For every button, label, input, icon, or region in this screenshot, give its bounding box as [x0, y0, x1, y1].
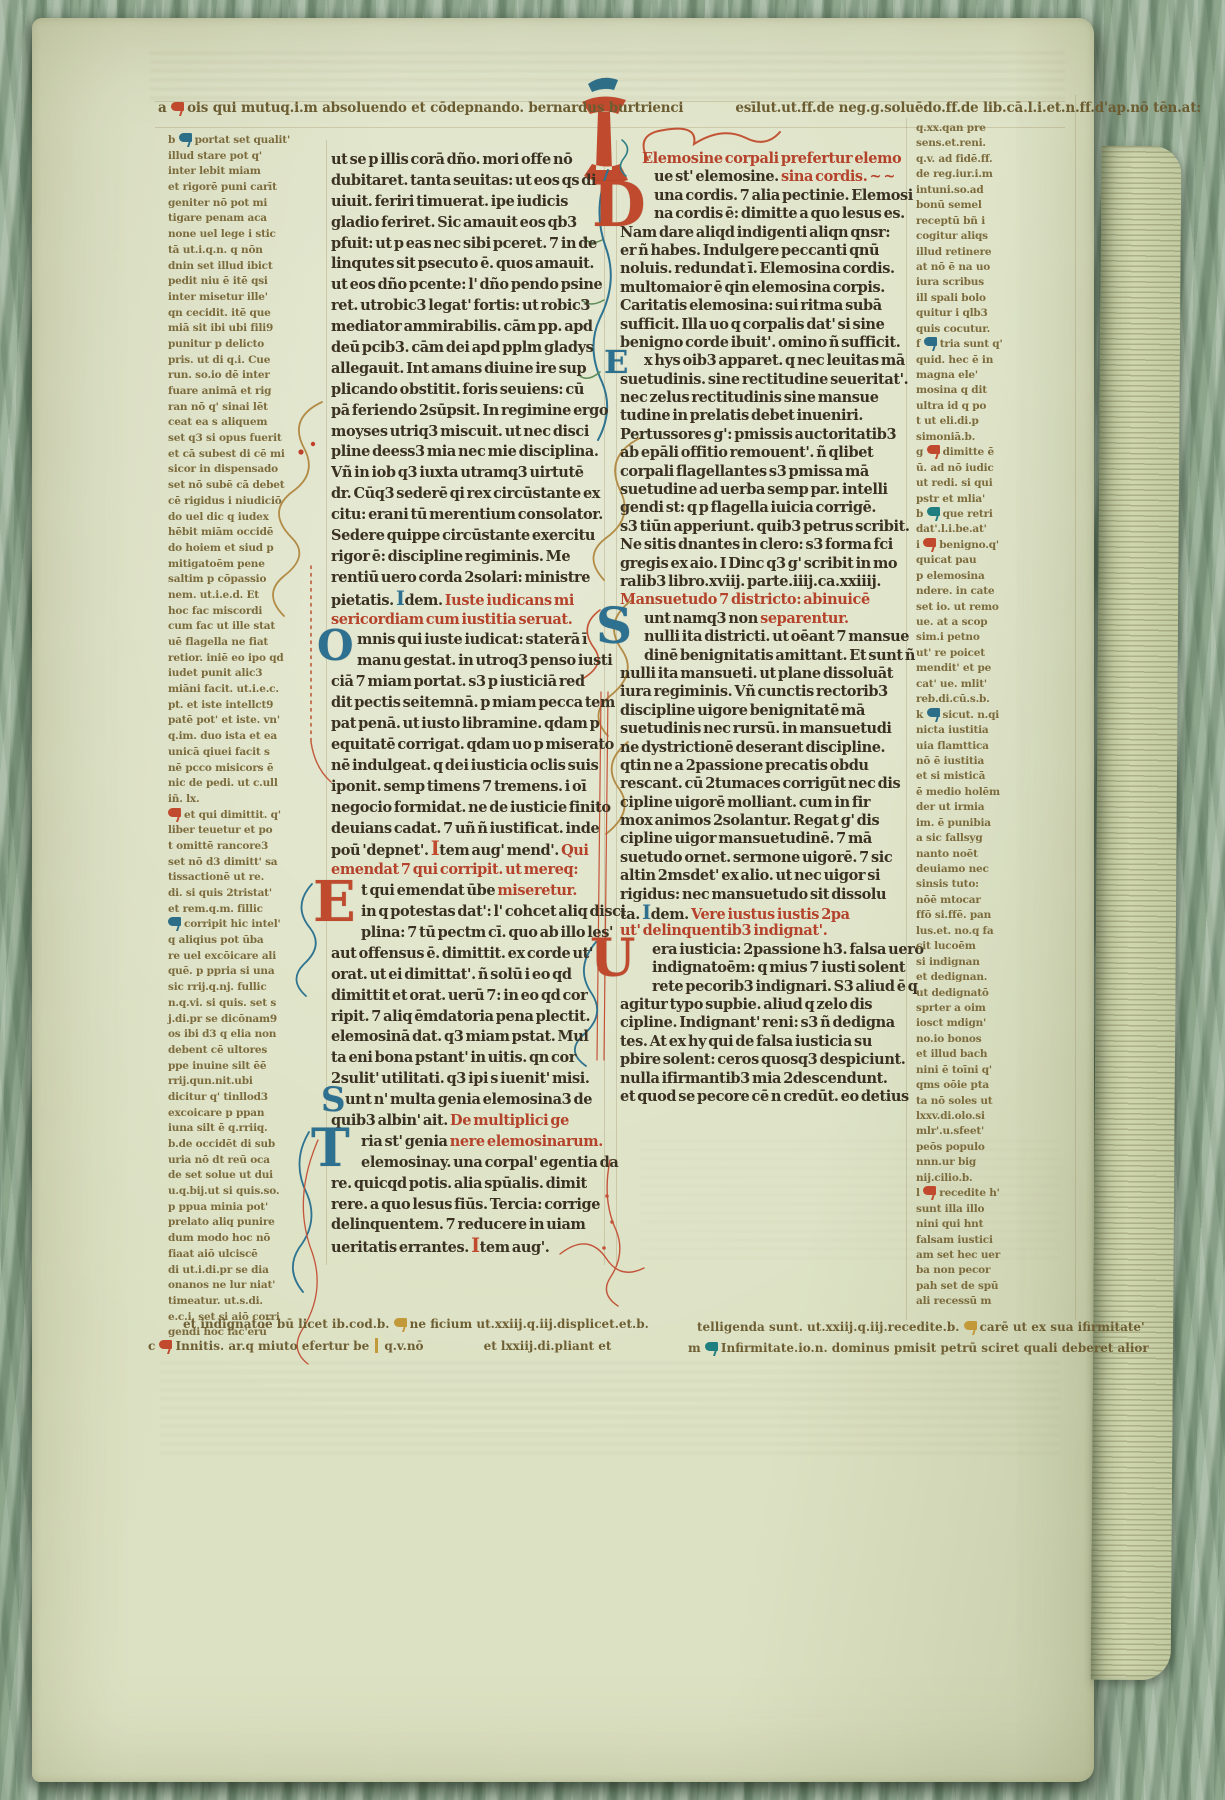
text-run: pah set de spū: [916, 1280, 998, 1292]
text-run: iuna silt ē q.rriiq.: [168, 1122, 267, 1134]
text-run: tes. At ex hy qui de falsa iusticia su: [620, 1033, 872, 1050]
text-line: cum fac ut ille stat: [168, 619, 322, 635]
text-line: dicitur q' tinllod3: [168, 1090, 322, 1106]
text-line: noluis. redundat ī. Elemosina cordis.: [620, 260, 904, 278]
text-line: mitigatoēm pene: [168, 557, 322, 573]
text-line: pbire solent: ceros quosq3 despiciunt.: [620, 1051, 904, 1069]
text-run: set nō d3 dimitt' sa: [168, 856, 277, 868]
text-run: mediator ammirabilis. cām pp. apd: [331, 318, 593, 335]
text-run: et quod se pecore cē n credūt. eo detius: [620, 1088, 909, 1105]
text-line: fiaat aiō ulciscē: [168, 1247, 322, 1263]
text-run: dum modo hoc nō: [168, 1232, 270, 1244]
text-run: ralib3 libro.xviij. parte.iiij.ca.xxiiij…: [620, 573, 881, 590]
text-line: pfuit: ut p eas nec sibi pceret. 7 in de: [331, 234, 609, 255]
text-line: s3 tiūn apperiunt. quib3 petrus scribit.: [620, 518, 904, 536]
text-line: sinsis tuto:: [916, 877, 1076, 892]
text-run: uē flagella ne fiat: [168, 636, 268, 648]
text-run: m: [688, 1341, 705, 1355]
text-line: mox animos 2solantur. Regat g' dis: [620, 812, 904, 830]
text-run: nē indulgeat. q dei iusticia oclis suis: [331, 757, 598, 774]
text-run: punitur p delicto: [168, 338, 264, 350]
text-run: saltim p cōpassio: [168, 573, 266, 585]
text-run: dit pectis seitemnā. p miam pecca tem: [331, 694, 615, 711]
text-line: iura scribus: [916, 275, 1076, 290]
text-run: nulli ita districti. ut oēant 7 mansue: [644, 628, 909, 645]
text-run: tigare penam aca: [168, 212, 267, 224]
text-run: Caritatis elemosina: sui ritma subā: [620, 297, 882, 314]
bottom-note-row1-right: telligenda sunt. ut.xxiij.q.iij.recedite…: [697, 1320, 1145, 1334]
text-line: pā feriendo 2sūpsit. In regimine ergo: [331, 401, 609, 422]
text-run: Infirmitate.io.n. dominus pmisit petrū s…: [721, 1341, 1149, 1355]
text-line: sic rrij.q.nj. fullic: [168, 980, 322, 996]
text-run: pline deess3 mia nec mie disciplina.: [331, 443, 598, 460]
text-run: telligenda sunt. ut.xxiij.q.iij.recedite…: [697, 1320, 964, 1334]
text-line: ut' delinquentib3 indignat'.: [620, 922, 904, 940]
text-run: nōē mtocar: [916, 894, 981, 906]
text-line: elemosinay. una corpal' egentia da: [331, 1153, 609, 1174]
text-run: et indignatoē bū licet ib.cod.b.: [183, 1317, 394, 1331]
text-run: q aliqius pot ūba: [168, 934, 264, 946]
bottom-note-row1-left: et indignatoē bū licet ib.cod.b. ne fici…: [183, 1317, 649, 1331]
text-line: ut eos dño pcente: l' dño pendo psine: [331, 275, 609, 296]
text-line: tigare penam aca: [168, 211, 322, 227]
text-line: pedit niu ē itē qsi: [168, 274, 322, 290]
text-line: altin 2msdet' ex alio. ut nec uigor si: [620, 867, 904, 885]
text-run: t qui emendat ūbe: [361, 882, 497, 899]
text-run: inter lebit miam: [168, 165, 261, 177]
left-gloss-column: b portat set qualit'illud stare pot q'in…: [168, 133, 322, 1341]
text-line: set nō d3 dimitt' sa: [168, 855, 322, 871]
text-run: dubitaret. tanta seuitas: ut eos qs di: [331, 172, 596, 189]
text-run: do hoiem et siud p: [168, 542, 274, 554]
paraph-mark: [964, 1321, 977, 1330]
text-run: rescant. cū 2tumaces corrigūt nec dis: [620, 775, 900, 792]
text-line: benigno corde ibuit'. omino ñ sufficit.: [620, 334, 904, 352]
text-run: onanos ne lur niat': [168, 1279, 275, 1291]
text-run: altin 2msdet' ex alio. ut nec uigor si: [620, 867, 880, 884]
text-run: et rigorē puni carīt: [168, 181, 277, 193]
text-line: rescant. cū 2tumaces corrigūt nec dis: [620, 775, 904, 793]
text-run: er ñ habes. Indulgere peccanti qnū: [620, 242, 879, 259]
text-run: ab epāli offitio remouent'. ñ qlibet: [620, 444, 873, 461]
paraph-mark: [923, 538, 936, 547]
text-run: Iuste iudicans mi: [445, 592, 574, 609]
text-run: a: [158, 100, 171, 116]
text-run: illud stare pot q': [168, 150, 262, 162]
text-run: uiuit. feriri timuerat. ipe iudicis: [331, 193, 568, 210]
text-line: rete pecorib3 indignari. S3 aliud ē q: [620, 978, 904, 996]
text-line: prelato aliq punire: [168, 1215, 322, 1231]
text-line: geniter nō pot mi: [168, 196, 322, 212]
text-run: ffō si.ffē. pan: [916, 909, 991, 921]
text-run: ba non pecor: [916, 1264, 990, 1276]
text-line: gladio feriret. Sic amauit eos qb3: [331, 213, 609, 234]
paraph-mark: [179, 133, 192, 142]
text-line: intuni.so.ad: [916, 183, 1076, 198]
text-run: allegauit. Int amans diuine ire sup: [331, 360, 586, 377]
text-line: x hys oib3 apparet. q nec leuitas mā: [620, 352, 904, 370]
text-line: cipline uigorē molliant. cum in fir: [620, 794, 904, 812]
text-line: nij.cilio.b.: [916, 1171, 1076, 1186]
text-line: nnn.ur big: [916, 1155, 1076, 1170]
text-line: ut dedignatō: [916, 986, 1076, 1001]
text-run: cipline uigorē molliant. cum in fir: [620, 794, 870, 811]
text-line: receptū bñ i: [916, 214, 1076, 229]
text-run: excoicare p ppan: [168, 1107, 264, 1119]
text-line: ue. at a scop: [916, 615, 1076, 630]
text-line: corpali flagellantes s3 pmissa mā: [620, 463, 904, 481]
text-run: b: [168, 134, 179, 146]
text-run: suetudinis nec rursū. in mansuetudi: [620, 720, 892, 737]
text-run: suetudo ornet. sermone uigorē. 7 sic: [620, 849, 892, 866]
text-line: b que retri: [916, 507, 1076, 522]
text-run: si indignan: [916, 956, 980, 968]
text-line: inter misetur ille': [168, 290, 322, 306]
text-line: ria st' genia nere elemosinarum.: [331, 1132, 609, 1153]
text-run: receptū bñ i: [916, 215, 985, 227]
text-line: et cā subest di cē mi: [168, 447, 322, 463]
text-run: dicitur q' tinllod3: [168, 1091, 268, 1103]
text-line: at nō ē na uo: [916, 260, 1076, 275]
text-run: emendat 7 qui corripit. ut mereq:: [331, 861, 578, 878]
text-run: una cordis. 7 alia pectinie. Elemosi: [654, 187, 913, 204]
text-run: run. so.io dē inter: [168, 369, 270, 381]
text-run: pat penā. ut iusto libramine. qdam p: [331, 715, 599, 732]
text-line: Sedere quippe circūstante exercitu: [331, 526, 609, 547]
text-run: corpali flagellantes s3 pmissa mā: [620, 463, 869, 480]
text-line: moyses utriq3 miscuit. ut nec disci: [331, 422, 609, 443]
text-run: ceat ea s aliquem: [168, 416, 267, 428]
text-run: ta eni bona pstant' in uitis. qn cor: [331, 1049, 576, 1066]
text-line: deuiamo nec: [916, 862, 1076, 877]
text-run: moyses utriq3 miscuit. ut nec disci: [331, 423, 589, 440]
text-line: peōs populo: [916, 1140, 1076, 1155]
text-run: cum fac ut ille stat: [168, 620, 275, 632]
text-line: si indignan: [916, 955, 1076, 970]
text-line: mosina q dit: [916, 383, 1076, 398]
text-run: poū 'depnet'.: [331, 842, 431, 859]
text-line: dr. Cūq3 sederē qi rex circūstante ex: [331, 484, 609, 505]
text-run: cit lucoēm: [916, 940, 976, 952]
text-run: tā ut.i.q.n. q nōn: [168, 244, 263, 256]
text-run: bonū semel: [916, 199, 982, 211]
text-run: Vere iustus iustis 2pa: [691, 906, 850, 923]
text-run: nnn.ur big: [916, 1156, 976, 1168]
text-run: sicut. n.qi: [943, 709, 1000, 721]
text-line: nē pcco misicors ē: [168, 761, 322, 777]
ruling-line: [616, 140, 617, 1265]
text-line: ta eni bona pstant' in uitis. qn cor: [331, 1048, 609, 1069]
text-line: q.im. duo ista et ea: [168, 729, 322, 745]
text-run: t ut eli.di.p: [916, 415, 979, 427]
text-run: na cordis ē: dimitte a quo lesus es.: [654, 205, 905, 222]
text-run: re uel excōicare ali: [168, 950, 276, 962]
text-run: Ne sitis dnantes in clero: s3 forma fci: [620, 536, 893, 553]
text-run: recedite h': [939, 1187, 999, 1199]
text-run: ndere. in cate: [916, 585, 994, 597]
text-run: liber teuetur et po: [168, 824, 272, 836]
text-line: tissactionē ut re.: [168, 870, 322, 886]
text-line: no.io bonos: [916, 1032, 1076, 1047]
text-run: qtin ne a 2passione precatis obdu: [620, 757, 869, 774]
text-run: rete pecorib3 indignari. S3 aliud ē q: [652, 978, 918, 995]
text-line: t omittē rancore3: [168, 839, 322, 855]
text-line: emendat 7 qui corripit. ut mereq:: [331, 860, 609, 881]
text-run: ria st' genia: [361, 1133, 450, 1150]
text-line: pline deess3 mia nec mie disciplina.: [331, 442, 609, 463]
text-run: benigno.q': [939, 539, 999, 551]
text-run: miā sit ibi ubi fili9: [168, 322, 273, 334]
text-line: et quod se pecore cē n credūt. eo detius: [620, 1088, 904, 1106]
text-line: nem. ut.i.e.d. Et: [168, 588, 322, 604]
text-line: nulli ita districti. ut oēant 7 mansue: [620, 628, 904, 646]
text-run: indignatoēm: q mius 7 iusti solent: [652, 959, 905, 976]
text-run: t omittē rancore3: [168, 840, 268, 852]
text-line: uē flagella ne fiat: [168, 635, 322, 651]
main-text-column-right: Elemosine corpali prefertur elemoue st' …: [620, 150, 904, 1106]
text-line: dat'.l.i.be.at': [916, 522, 1076, 537]
text-line: pietatis. Idem. Iuste iudicans mi: [331, 589, 609, 610]
text-line: a sic fallsyg: [916, 831, 1076, 846]
text-run: cat' ue. mlit': [916, 678, 987, 690]
text-line: suetudine ad uerba semp par. intelli: [620, 481, 904, 499]
text-run: mnis qui iuste iudicat: staterā ī: [357, 631, 587, 648]
text-line: ret. utrobic3 legat' fortis: ut robic3: [331, 296, 609, 317]
text-line: dnin set illud ibict: [168, 259, 322, 275]
text-run: reb.di.cū.s.b.: [916, 693, 990, 705]
text-line: sericordiam cum iustitia seruat.: [331, 610, 609, 631]
text-line: rigor ē: discipline regiminis. Me: [331, 547, 609, 568]
text-run: n.q.vi. si quis. set s: [168, 997, 276, 1009]
text-line: nō ē iustitia: [916, 754, 1076, 769]
illuminated-initial-e: E: [313, 878, 356, 927]
text-run: noluis. redundat ī. Elemosina cordis.: [620, 260, 895, 277]
text-line: qtin ne a 2passione precatis obdu: [620, 757, 904, 775]
gold-bar-mark: [375, 1338, 378, 1353]
right-gloss-column: q.xx.qan presens.et.reni.q.v. ad fidē.ff…: [916, 121, 1076, 1310]
text-line: gendi st: q p flagella iuicia corrigē.: [620, 499, 904, 517]
text-run: rrij.qun.nit.ubi: [168, 1075, 253, 1087]
text-line: timeatur. ut.s.di.: [168, 1294, 322, 1310]
text-run: retior. iniē eo ipo qd: [168, 652, 284, 664]
text-run: unicā qiuei facit s: [168, 746, 270, 758]
text-line: nulla ifirmantib3 mia 2descendunt.: [620, 1070, 904, 1088]
text-run: mitigatoēm pene: [168, 558, 265, 570]
text-run: et rem.q.m. fillic: [168, 903, 263, 915]
text-run: mendit' et pe: [916, 662, 991, 674]
text-run: do uel dic q iudex: [168, 511, 269, 523]
text-run: g: [916, 446, 927, 458]
text-run: simoniā.b.: [916, 431, 975, 443]
text-run: pbire solent: ceros quosq3 despiciunt.: [620, 1051, 905, 1068]
text-line: suetudinis nec rursū. in mansuetudi: [620, 720, 904, 738]
text-run: inter misetur ille': [168, 291, 268, 303]
book-fore-edge-pages: [1091, 146, 1182, 1681]
text-run: iudet punit alic3: [168, 667, 262, 679]
text-run: nini qui hnt: [916, 1218, 983, 1230]
text-line: nicta iustitia: [916, 723, 1076, 738]
text-line: qn cecidit. itē que: [168, 306, 322, 322]
text-run: pā feriendo 2sūpsit. In regimine ergo: [331, 402, 608, 419]
illuminated-initial-s: S: [321, 1086, 346, 1116]
text-line: gregis ex aio. I Dinc q3 g' scribit in m…: [620, 555, 904, 573]
illuminated-initial-o: O: [317, 628, 354, 665]
text-line: rrij.qun.nit.ubi: [168, 1074, 322, 1090]
text-run: ciā 7 miam portat. s3 p iusticiā red: [331, 673, 585, 690]
text-line: patē pot' et iste. vn': [168, 713, 322, 729]
text-run: a sic fallsyg: [916, 832, 982, 844]
text-run: rentiū uero corda 2solari: ministre: [331, 569, 590, 586]
text-run: nicta iustitia: [916, 724, 989, 736]
text-line: l recedite h': [916, 1186, 1076, 1201]
text-line: unt n' multa genia elemosina3 de: [331, 1090, 609, 1111]
text-line: hoc fac miscordi: [168, 604, 322, 620]
text-run: sic rrij.q.nj. fullic: [168, 981, 267, 993]
text-line: ut' re poicet: [916, 646, 1076, 661]
text-run: Elemosine corpali prefertur elemo: [642, 150, 901, 167]
text-run: nō ē iustitia: [916, 755, 984, 767]
text-line: p elemosina: [916, 569, 1076, 584]
text-line: magna ele': [916, 368, 1076, 383]
paraph-mark: [159, 1340, 172, 1349]
text-run: k: [916, 709, 927, 721]
text-line: nē indulgeat. q dei iusticia oclis suis: [331, 756, 609, 777]
text-run: ta nō soles ut: [916, 1095, 992, 1107]
text-line: g dimitte ē: [916, 445, 1076, 460]
text-run: multomaior ē qin elemosina corpis.: [620, 279, 885, 296]
paraph-mark: [927, 445, 940, 454]
text-line: ceat ea s aliquem: [168, 415, 322, 431]
text-line: cipline uigor mansuetudinē. 7 mā: [620, 830, 904, 848]
text-run: miseretur.: [497, 882, 577, 899]
text-line: sunt illa illo: [916, 1202, 1076, 1217]
running-header-line: a ois qui mutuq.i.m absoluendo et cōdepn…: [158, 100, 1068, 116]
text-line: pat penā. ut iusto libramine. qdam p: [331, 714, 609, 735]
text-run: falsam iustici: [916, 1234, 993, 1246]
text-run: at nō ē na uo: [916, 261, 990, 273]
text-line: iudet punit alic3: [168, 666, 322, 682]
text-run: sericordiam cum iustitia seruat.: [331, 611, 572, 628]
text-run: Vñ in iob q3 iuxta utramq3 uirtutē: [331, 464, 584, 481]
text-line: ripit. 7 aliq ēmdatoria pena plectit.: [331, 1007, 609, 1028]
text-line: Vñ in iob q3 iuxta utramq3 uirtutē: [331, 463, 609, 484]
text-line: ralib3 libro.xviij. parte.iiij.ca.xxiiij…: [620, 573, 904, 591]
text-line: manu gestat. in utroq3 penso iusti: [331, 651, 609, 672]
text-run: b.de occidēt di sub: [168, 1138, 275, 1150]
text-run: der ut irmia: [916, 801, 984, 813]
text-run: deuians cadat. 7 uñ ñ iustificat. inde: [331, 820, 599, 837]
text-line: ab epāli offitio remouent'. ñ qlibet: [620, 444, 904, 462]
text-run: et qui dimittit. q': [184, 809, 281, 821]
text-run: sina cordis. ~ ~: [781, 168, 895, 185]
text-run: set q3 si opus fuerit: [168, 432, 282, 444]
text-run: dem.: [651, 906, 691, 923]
text-line: q.v. ad fidē.ff.: [916, 152, 1076, 167]
text-line: telligenda sunt. ut.xxiij.q.iij.recedite…: [697, 1320, 1145, 1334]
text-line: dum modo hoc nō: [168, 1231, 322, 1247]
text-line: quid. hec ē in: [916, 353, 1076, 368]
text-line: ultra id q po: [916, 399, 1076, 414]
text-run: nini ē toīni q': [916, 1064, 992, 1076]
text-run: hoc fac miscordi: [168, 605, 262, 617]
text-line: dimittit et orat. uerū 7: in eo qd cor: [331, 986, 609, 1007]
text-run: uia flamttica: [916, 740, 989, 752]
text-line: sens.et.reni.: [916, 136, 1076, 151]
text-line: dubitaret. tanta seuitas: ut eos qs di: [331, 171, 609, 192]
illuminated-initial-u: U: [590, 936, 635, 982]
text-line: m Infirmitate.io.n. dominus pmisit petrū…: [688, 1341, 1149, 1355]
text-line: multomaior ē qin elemosina corpis.: [620, 279, 904, 297]
text-line: run. so.io dē inter: [168, 368, 322, 384]
text-line: allegauit. Int amans diuine ire sup: [331, 359, 609, 380]
text-run: citu: erani tū merentium consolator.: [331, 506, 603, 523]
text-run: pfuit: ut p eas nec sibi pceret. 7 in de: [331, 235, 597, 252]
text-line: sprter a oim: [916, 1001, 1076, 1016]
text-line: sim.i petno: [916, 630, 1076, 645]
text-run: cē rigidus i niudiciō: [168, 495, 282, 507]
text-run: era iusticia: 2passione h3. falsa uero: [652, 941, 924, 958]
text-line: tudine in prelatis debet inueniri.: [620, 407, 904, 425]
text-run: set nō subē cā debet: [168, 479, 284, 491]
text-line: di. si quis 2tristat': [168, 886, 322, 902]
text-line: dit pectis seitemnā. p miam pecca tem: [331, 693, 609, 714]
text-run: x hys oib3 apparet. q nec leuitas mā: [644, 352, 905, 369]
text-line: illud stare pot q': [168, 149, 322, 165]
paraph-mark: [394, 1318, 407, 1327]
text-line: n.q.vi. si quis. set s: [168, 996, 322, 1012]
text-run: rigidus: nec mansuetudo sit dissolu: [620, 886, 886, 903]
text-run: Nam dare aliqd indigenti aliqn qnsr:: [620, 224, 890, 241]
text-run: discipline uigore benignitatē mā: [620, 702, 865, 719]
text-run: suetudinis. sine rectitudine seueritat'.: [620, 371, 908, 388]
manuscript-photo: a ois qui mutuq.i.m absoluendo et cōdepn…: [0, 0, 1225, 1800]
text-line: plina: 7 tū pectm cī. quo ab illo les': [331, 923, 609, 944]
text-run: carē ut ex sua ifirmitate': [980, 1320, 1145, 1334]
text-run: os ibi d3 q elia non: [168, 1028, 276, 1040]
text-run: j.di.pr se dicōnam9: [168, 1013, 277, 1025]
paraph-mark: [923, 1186, 936, 1195]
text-line: reb.di.cū.s.b.: [916, 692, 1076, 707]
text-line: quē. p ppria si una: [168, 964, 322, 980]
text-line: none uel lege i stic: [168, 227, 322, 243]
text-run: gladio feriret. Sic amauit eos qb3: [331, 214, 577, 231]
text-line: una cordis. 7 alia pectinie. Elemosi: [620, 187, 904, 205]
text-line: delinquentem. 7 reducere in uiam: [331, 1215, 609, 1236]
ruling-line: [906, 118, 907, 1320]
text-run: ue st' elemosine.: [654, 168, 781, 185]
text-run: et illud bach: [916, 1048, 987, 1060]
text-line: deuians cadat. 7 uñ ñ iustificat. inde: [331, 819, 609, 840]
text-line: cē rigidus i niudiciō: [168, 494, 322, 510]
text-line: iponit. semp timens 7 tremens. i oī: [331, 777, 609, 798]
text-line: ue st' elemosine. sina cordis. ~ ~: [620, 168, 904, 186]
text-run: peōs populo: [916, 1141, 985, 1153]
text-line: et illud bach: [916, 1047, 1076, 1062]
text-line: a ois qui mutuq.i.m absoluendo et cōdepn…: [158, 100, 1068, 116]
text-run: sim.i petno: [916, 631, 980, 643]
text-line: cogitur aliqs: [916, 229, 1076, 244]
text-run: I: [471, 1234, 480, 1257]
text-run: iura regiminis. Vñ cunctis rectorib3: [620, 683, 888, 700]
text-run: q.v.nō: [384, 1339, 423, 1353]
text-run: set io. ut remo: [916, 601, 999, 613]
text-line: na cordis ē: dimitte a quo lesus es.: [620, 205, 904, 223]
text-line: et si misticā: [916, 769, 1076, 784]
text-run: ne ficium ut.xxiij.q.iij.displicet.et.b.: [410, 1317, 649, 1331]
text-line: do uel dic q iudex: [168, 510, 322, 526]
text-run: esīlut.ut.ff.de neg.g.soluēdo.ff.de lib.…: [735, 100, 1201, 116]
text-run: ē medio holēm: [916, 786, 1000, 798]
